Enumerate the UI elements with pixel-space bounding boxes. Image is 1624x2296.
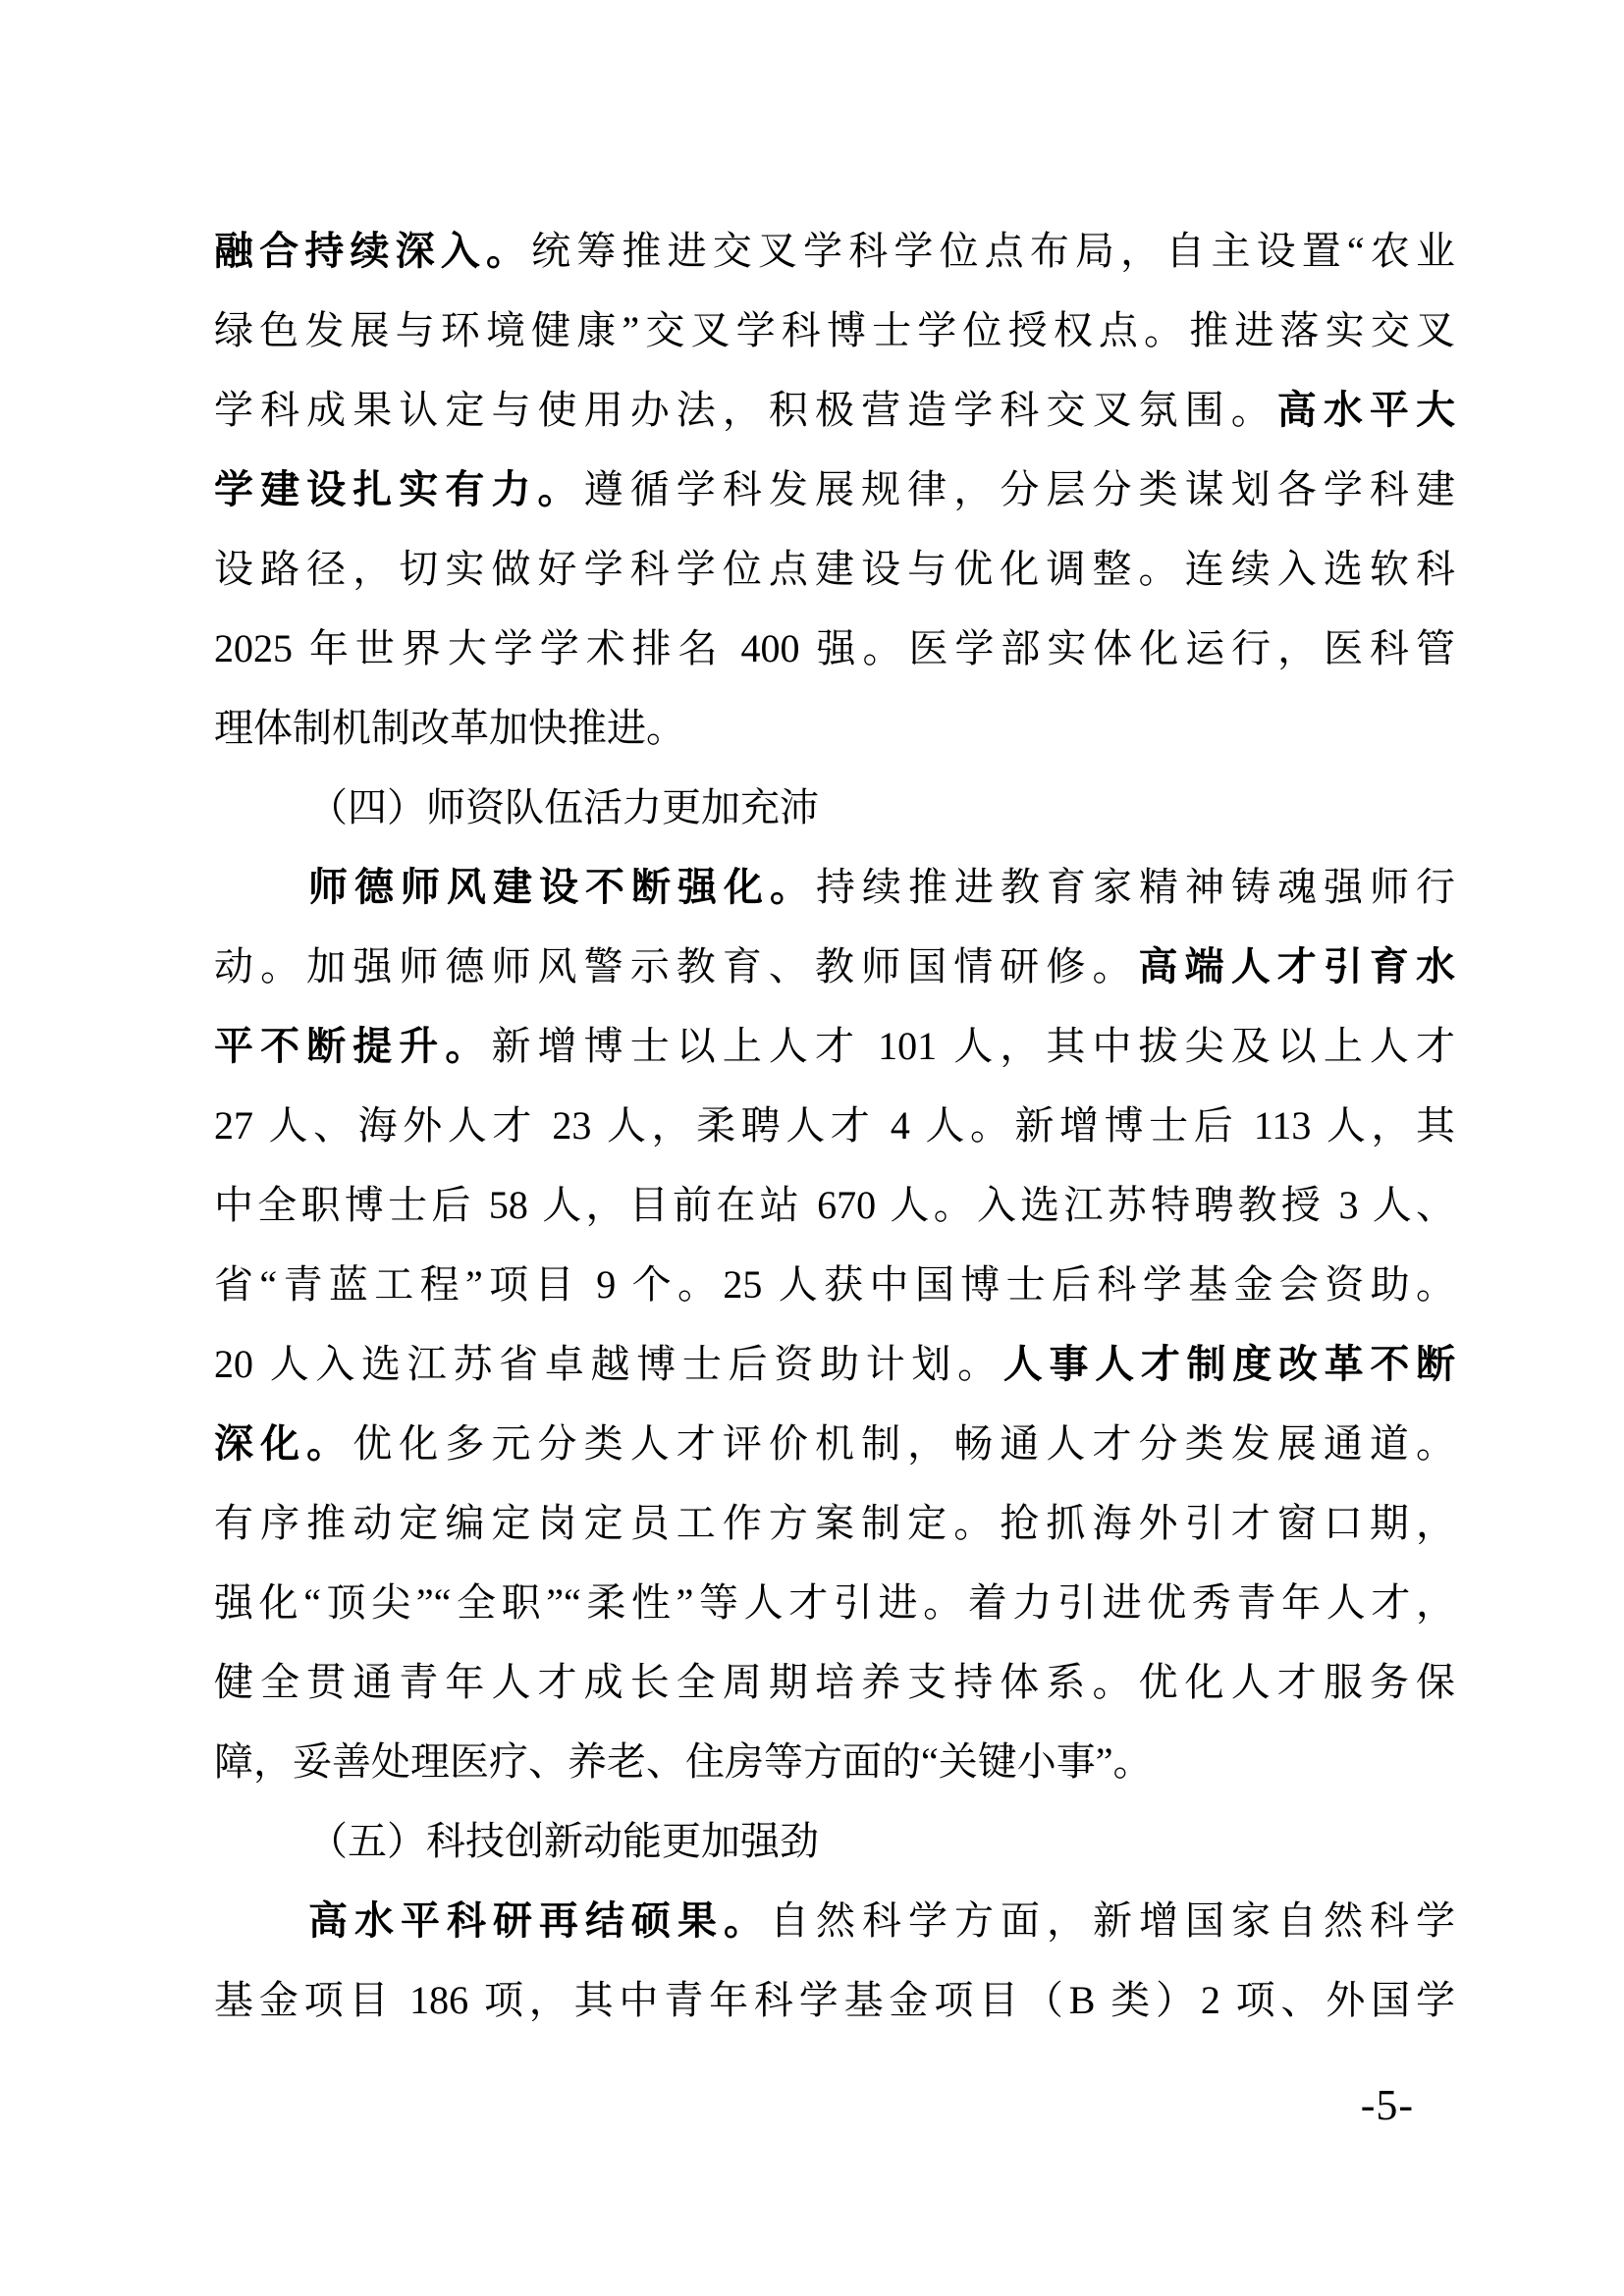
body-line: 平不断提升。新增博士以上人才 101 人，其中拔尖及以上人才 <box>214 1006 1455 1086</box>
page-number: -5- <box>1361 2079 1414 2132</box>
bold-emphasis-segment: 平不断提升。 <box>214 1024 491 1068</box>
body-line: 理体制机制改革加快推进。 <box>214 688 1455 768</box>
text-segment: 有序推动定编定岗定员工作方案制定。抢抓海外引才窗口期， <box>214 1501 1455 1545</box>
text-segment: 统筹推进交叉学科学位点布局，自主设置“农业 <box>531 229 1455 273</box>
text-segment: 基金项目 186 项，其中青年科学基金项目（B 类）2 项、外国学 <box>214 1978 1455 2022</box>
body-line: 健全贯通青年人才成长全周期培养支持体系。优化人才服务保 <box>214 1642 1455 1722</box>
text-segment: （四）师资队伍活力更加充沛 <box>308 785 819 829</box>
text-segment: 27 人、海外人才 23 人，柔聘人才 4 人。新增博士后 113 人，其 <box>214 1103 1455 1148</box>
section-heading: （五）科技创新动能更加强劲 <box>214 1801 1455 1881</box>
body-line: 融合持续深入。统筹推进交叉学科学位点布局，自主设置“农业 <box>214 211 1455 291</box>
body-line: 有序推动定编定岗定员工作方案制定。抢抓海外引才窗口期， <box>214 1483 1455 1563</box>
bold-emphasis-segment: 融合持续深入。 <box>214 229 531 273</box>
bold-emphasis-segment: 人事人才制度改革不断 <box>1003 1342 1455 1386</box>
text-segment: 设路径，切实做好学科学位点建设与优化调整。连续入选软科 <box>214 547 1455 591</box>
bold-emphasis-segment: 深化。 <box>214 1421 352 1466</box>
text-segment: 2025 年世界大学学术排名 400 强。医学部实体化运行，医科管 <box>214 626 1455 670</box>
body-line: 2025 年世界大学学术排名 400 强。医学部实体化运行，医科管 <box>214 609 1455 688</box>
body-line: 障，妥善处理医疗、养老、住房等方面的“关键小事”。 <box>214 1722 1455 1801</box>
body-line: 高水平科研再结硕果。自然科学方面，新增国家自然科学 <box>214 1881 1455 1960</box>
text-segment: 新增博士以上人才 101 人，其中拔尖及以上人才 <box>491 1024 1455 1068</box>
body-line: 师德师风建设不断强化。持续推进教育家精神铸魂强师行 <box>214 847 1455 927</box>
text-segment: 持续推进教育家精神铸魂强师行 <box>816 865 1455 909</box>
body-line: 动。加强师德师风警示教育、教师国情研修。高端人才引育水 <box>214 927 1455 1006</box>
document-body: 融合持续深入。统筹推进交叉学科学位点布局，自主设置“农业绿色发展与环境健康”交叉… <box>214 211 1455 2040</box>
text-segment: 优化多元分类人才评价机制，畅通人才分类发展通道。 <box>352 1421 1455 1466</box>
body-line: 基金项目 186 项，其中青年科学基金项目（B 类）2 项、外国学 <box>214 1960 1455 2040</box>
text-segment: 强化“顶尖”“全职”“柔性”等人才引进。着力引进优秀青年人才， <box>214 1580 1455 1625</box>
body-line: 中全职博士后 58 人，目前在站 670 人。入选江苏特聘教授 3 人、 <box>214 1165 1455 1245</box>
text-segment: 省“青蓝工程”项目 9 个。25 人获中国博士后科学基金会资助。 <box>214 1262 1455 1307</box>
bold-emphasis-segment: 学建设扎实有力。 <box>214 467 584 511</box>
section-heading: （四）师资队伍活力更加充沛 <box>214 768 1455 847</box>
document-page: 融合持续深入。统筹推进交叉学科学位点布局，自主设置“农业绿色发展与环境健康”交叉… <box>0 0 1624 2296</box>
body-line: 20 人入选江苏省卓越博士后资助计划。人事人才制度改革不断 <box>214 1324 1455 1404</box>
bold-emphasis-segment: 高水平大 <box>1277 388 1455 432</box>
body-line: 学科成果认定与使用办法，积极营造学科交叉氛围。高水平大 <box>214 370 1455 450</box>
body-line: 深化。优化多元分类人才评价机制，畅通人才分类发展通道。 <box>214 1404 1455 1483</box>
body-line: 强化“顶尖”“全职”“柔性”等人才引进。着力引进优秀青年人才， <box>214 1563 1455 1642</box>
text-segment: 障，妥善处理医疗、养老、住房等方面的“关键小事”。 <box>214 1739 1153 1784</box>
body-line: 27 人、海外人才 23 人，柔聘人才 4 人。新增博士后 113 人，其 <box>214 1086 1455 1165</box>
text-segment: 20 人入选江苏省卓越博士后资助计划。 <box>214 1342 1003 1386</box>
text-segment: 动。加强师德师风警示教育、教师国情研修。 <box>214 944 1139 988</box>
text-segment: 理体制机制改革加快推进。 <box>214 706 685 750</box>
body-line: 绿色发展与环境健康”交叉学科博士学位授权点。推进落实交叉 <box>214 291 1455 370</box>
body-line: 省“青蓝工程”项目 9 个。25 人获中国博士后科学基金会资助。 <box>214 1245 1455 1324</box>
text-segment: 自然科学方面，新增国家自然科学 <box>770 1898 1455 1943</box>
text-segment: 中全职博士后 58 人，目前在站 670 人。入选江苏特聘教授 3 人、 <box>214 1183 1455 1227</box>
bold-emphasis-segment: 高水平科研再结硕果。 <box>308 1898 770 1943</box>
text-segment: 遵循学科发展规律，分层分类谋划各学科建 <box>584 467 1455 511</box>
body-line: 学建设扎实有力。遵循学科发展规律，分层分类谋划各学科建 <box>214 450 1455 529</box>
bold-emphasis-segment: 高端人才引育水 <box>1139 944 1455 988</box>
bold-emphasis-segment: 师德师风建设不断强化。 <box>308 865 816 909</box>
body-line: 设路径，切实做好学科学位点建设与优化调整。连续入选软科 <box>214 529 1455 609</box>
text-segment: 健全贯通青年人才成长全周期培养支持体系。优化人才服务保 <box>214 1660 1455 1704</box>
text-segment: （五）科技创新动能更加强劲 <box>308 1819 819 1863</box>
text-segment: 学科成果认定与使用办法，积极营造学科交叉氛围。 <box>214 388 1277 432</box>
text-segment: 绿色发展与环境健康”交叉学科博士学位授权点。推进落实交叉 <box>214 308 1455 352</box>
